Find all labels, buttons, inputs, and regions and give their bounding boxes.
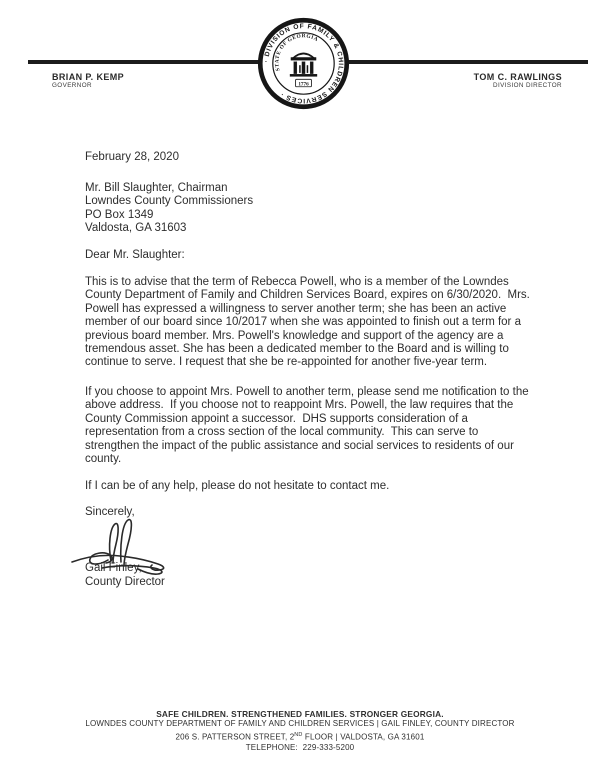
footer-address-suffix: FLOOR | VALDOSTA, GA 31601 (303, 732, 425, 741)
governor-block: BRIAN P. KEMP GOVERNOR (52, 72, 124, 90)
footer-tagline: SAFE CHILDREN. STRENGTHENED FAMILIES. ST… (0, 709, 600, 719)
body-paragraph-2: If you choose to appoint Mrs. Powell to … (85, 386, 557, 466)
footer-address-line: 206 S. PATTERSON STREET, 2ND FLOOR | VAL… (0, 730, 600, 743)
governor-name: BRIAN P. KEMP (52, 72, 124, 82)
seal-year: 1776 (298, 81, 309, 87)
footer-address-ordinal: ND (294, 732, 302, 738)
georgia-dfcs-seal-icon: · DIVISION OF FAMILY & CHILDREN SERVICES… (257, 13, 350, 114)
letter-date: February 28, 2020 (85, 151, 557, 164)
letter-page: · DIVISION OF FAMILY & CHILDREN SERVICES… (0, 0, 600, 777)
body-paragraph-3: If I can be of any help, please do not h… (85, 480, 557, 493)
governor-title: GOVERNOR (52, 82, 124, 89)
salutation: Dear Mr. Slaughter: (85, 249, 557, 262)
footer-address-prefix: 206 S. PATTERSON STREET, 2 (176, 732, 295, 741)
division-director-name: TOM C. RAWLINGS (474, 72, 562, 82)
footer-department-line: LOWNDES COUNTY DEPARTMENT OF FAMILY AND … (0, 719, 600, 729)
recipient-address: Mr. Bill Slaughter, Chairman Lowndes Cou… (85, 182, 557, 236)
signature-scribble (68, 516, 183, 578)
division-director-block: TOM C. RAWLINGS DIVISION DIRECTOR (474, 72, 562, 90)
body-paragraph-1: This is to advise that the term of Rebec… (85, 276, 557, 370)
division-director-title: DIVISION DIRECTOR (474, 82, 562, 89)
letterhead-footer: SAFE CHILDREN. STRENGTHENED FAMILIES. ST… (0, 709, 600, 753)
footer-telephone-line: TELEPHONE: 229-333-5200 (0, 743, 600, 753)
